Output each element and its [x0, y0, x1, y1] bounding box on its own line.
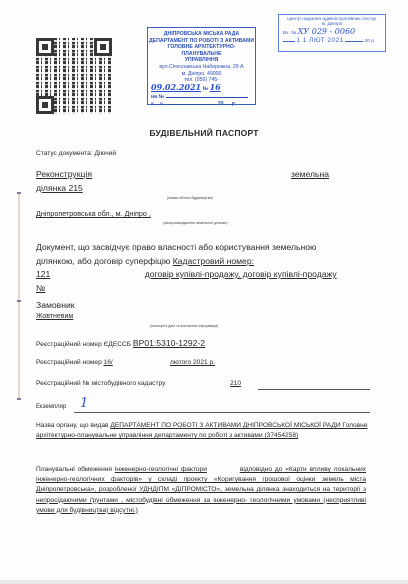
issuer-block: Назва органу, що видав ДЕПАРТАМЕНТ ПО РО… — [36, 421, 371, 441]
reg-row: Реєстраційний номер 16/ — [36, 359, 113, 366]
stamp-address-1: вул.Січеславська Набережна, 29 А — [148, 64, 255, 71]
status-row: Статус документа: Діючий — [36, 150, 116, 157]
edessb-row: Реєстраційний номер ЄДЕССБ BP01:5310-129… — [36, 338, 205, 348]
copy-value: 1 — [80, 396, 88, 411]
customer-caption: (паспортні дані та контактна інформація) — [150, 324, 218, 328]
object-name-part3: ділянка 215 — [36, 183, 83, 193]
copy-label: Екземпляр — [36, 404, 66, 410]
stamp-line-4: УПРАВЛІННЯ — [148, 57, 255, 64]
cnap-stamp: Центр надання адміністративних послуг м.… — [278, 14, 386, 52]
edessb-label: Реєстраційний номер ЄДЕССБ — [36, 341, 131, 348]
restrictions-label: Планувальні обмеження — [36, 466, 112, 473]
contract-text: договір купівлі-продажу, договір купівлі… — [145, 269, 337, 279]
cnap-in-number: ХУ 029 - 0060 — [298, 27, 355, 36]
stamp-line-3: ГОЛОВНЕ АРХІТЕКТУРНО-ПЛАНУВАЛЬНЕ — [148, 44, 255, 57]
status-label: Статус документа: — [36, 150, 93, 157]
object-name-part1: Реконструкція — [36, 169, 92, 179]
object-caption: (назва об'єкта будівництва) — [167, 196, 213, 200]
restrictions-factor: інженерно-геологічні фактори — [115, 466, 207, 473]
reg-label: Реєстраційний номер — [36, 359, 102, 366]
reg-date: лютого 2021 р. — [170, 359, 215, 366]
stamp-line-1: ДНІПРОВСЬКА МІСЬКА РАДА — [148, 31, 255, 38]
stamp-number-label: № — [203, 86, 209, 92]
reg-value: 16/ — [104, 359, 113, 366]
copy-line — [74, 412, 370, 413]
cadastre-value: 210 — [230, 380, 241, 387]
object-name-part2: земельна — [291, 169, 329, 179]
cadastral-label: Кадастровий номер: — [173, 256, 254, 266]
cnap-year-label: 20 — [365, 39, 370, 44]
issuer-label: Назва органу, що видав — [36, 422, 109, 429]
document-title: БУДІВЕЛЬНИЙ ПАСПОРТ — [0, 128, 408, 138]
cnap-date: 1 1 ЛЮТ 2021 — [296, 37, 344, 44]
edessb-value: BP01:5310-1292-2 — [133, 338, 205, 348]
stamp-year-suffix: р. — [232, 101, 237, 107]
customer-label: Замовник — [36, 300, 75, 310]
location: Дніпропетровська обл., м. Дніпро , — [36, 209, 151, 218]
cadastre-label: Реєстраційний № містобудівного кадастру — [36, 380, 165, 387]
stamp-ref-label: на № — [151, 94, 164, 100]
status-value: Діючий — [95, 150, 117, 157]
stamp-line-2: ДЕПАРТАМЕНТ ПО РОБОТІ З АКТИВАМИ — [148, 38, 255, 45]
restrictions-block: Планувальні обмеження інженерно-геологіч… — [36, 465, 366, 516]
cadastre-line — [258, 389, 370, 390]
cnap-year-suffix: р. — [371, 39, 375, 44]
binder-strip — [18, 192, 20, 400]
stamp-number-handwritten: 16 — [210, 82, 221, 92]
contract-number: № — [36, 283, 45, 293]
restrictions-text: відповідно до «Карти впливу локальних ін… — [36, 466, 366, 514]
qr-code-icon — [36, 38, 112, 114]
page-edge — [0, 580, 408, 584]
stamp-address-2: м. Дніпро, 49000 — [148, 71, 255, 78]
cadastral-value: 121 — [36, 269, 50, 279]
right-document-block: Документ, що засвідчує право власності а… — [36, 241, 346, 295]
location-caption: (місцезнаходження земельної ділянки) — [163, 221, 228, 225]
stamp-date-handwritten: 09.02.2021 — [151, 82, 201, 92]
customer-value: Жовтневим — [36, 313, 73, 320]
cnap-in-label: Вх. № — [283, 31, 296, 36]
department-stamp: ДНІПРОВСЬКА МІСЬКА РАДА ДЕПАРТАМЕНТ ПО Р… — [147, 27, 256, 105]
